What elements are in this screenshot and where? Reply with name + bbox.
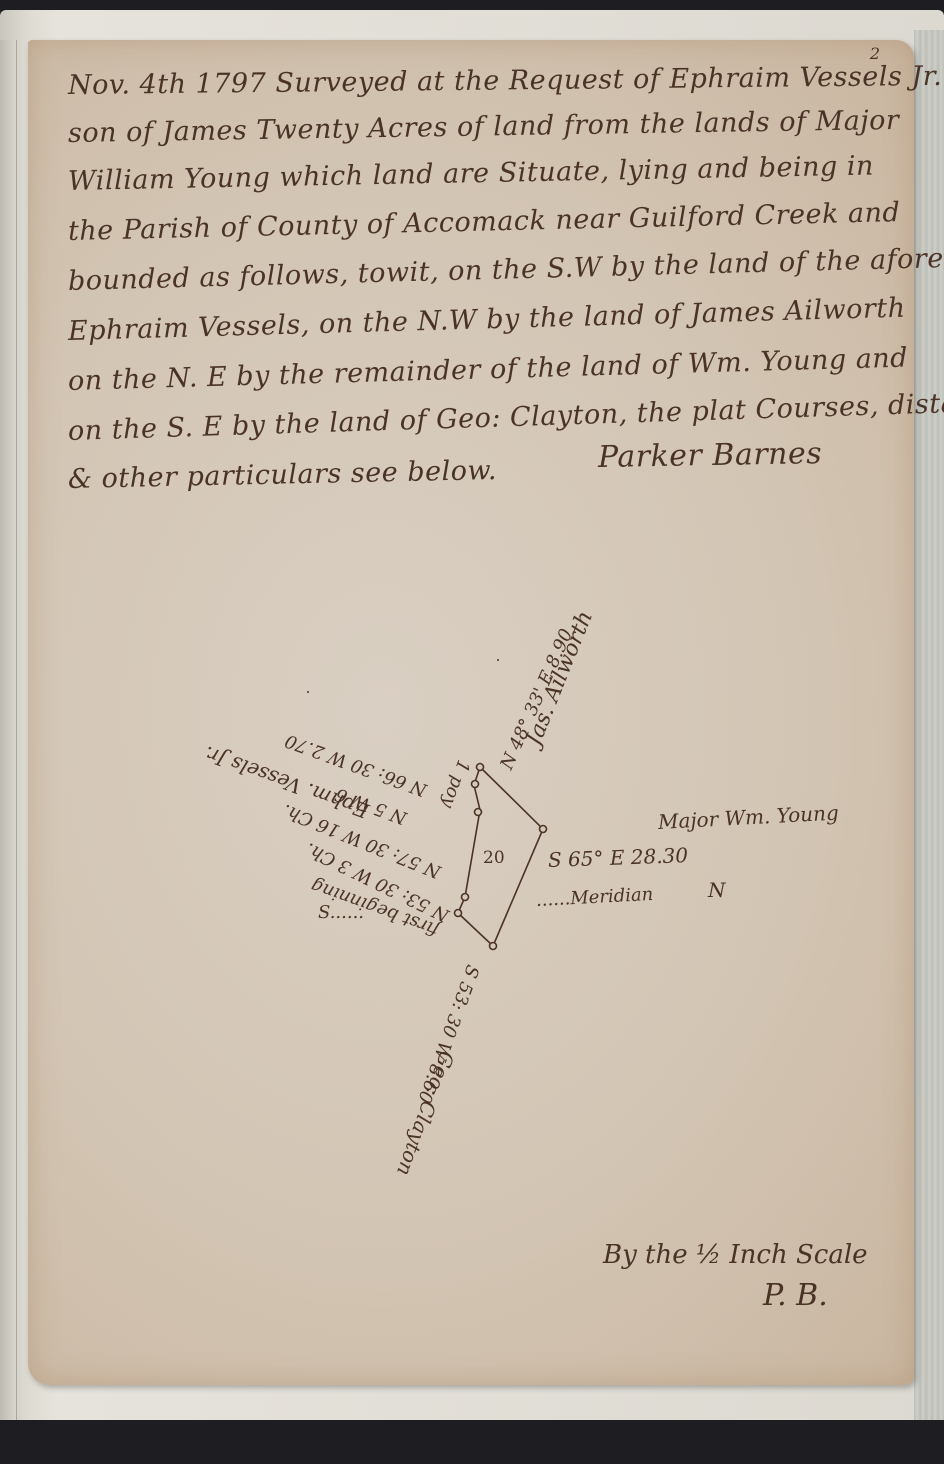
surveyor-initials: P. B. [763, 1278, 828, 1313]
plat-acreage: 20 [483, 848, 505, 868]
plat-outline-icon [28, 40, 914, 1385]
label-se-course: S 65° E 28.30 [548, 843, 689, 872]
page-stack-edge [914, 30, 944, 1420]
survey-plat: 20 Jas. Ailworth N 48° 33' E 8.90 1 poy … [28, 40, 914, 1385]
manuscript-page: 2 Nov. 4th 1797 Surveyed at the Request … [28, 40, 914, 1385]
scale-note: By the ½ Inch Scale [603, 1240, 868, 1270]
facing-page-edge [0, 40, 17, 1420]
label-north-marker: N [708, 878, 726, 902]
